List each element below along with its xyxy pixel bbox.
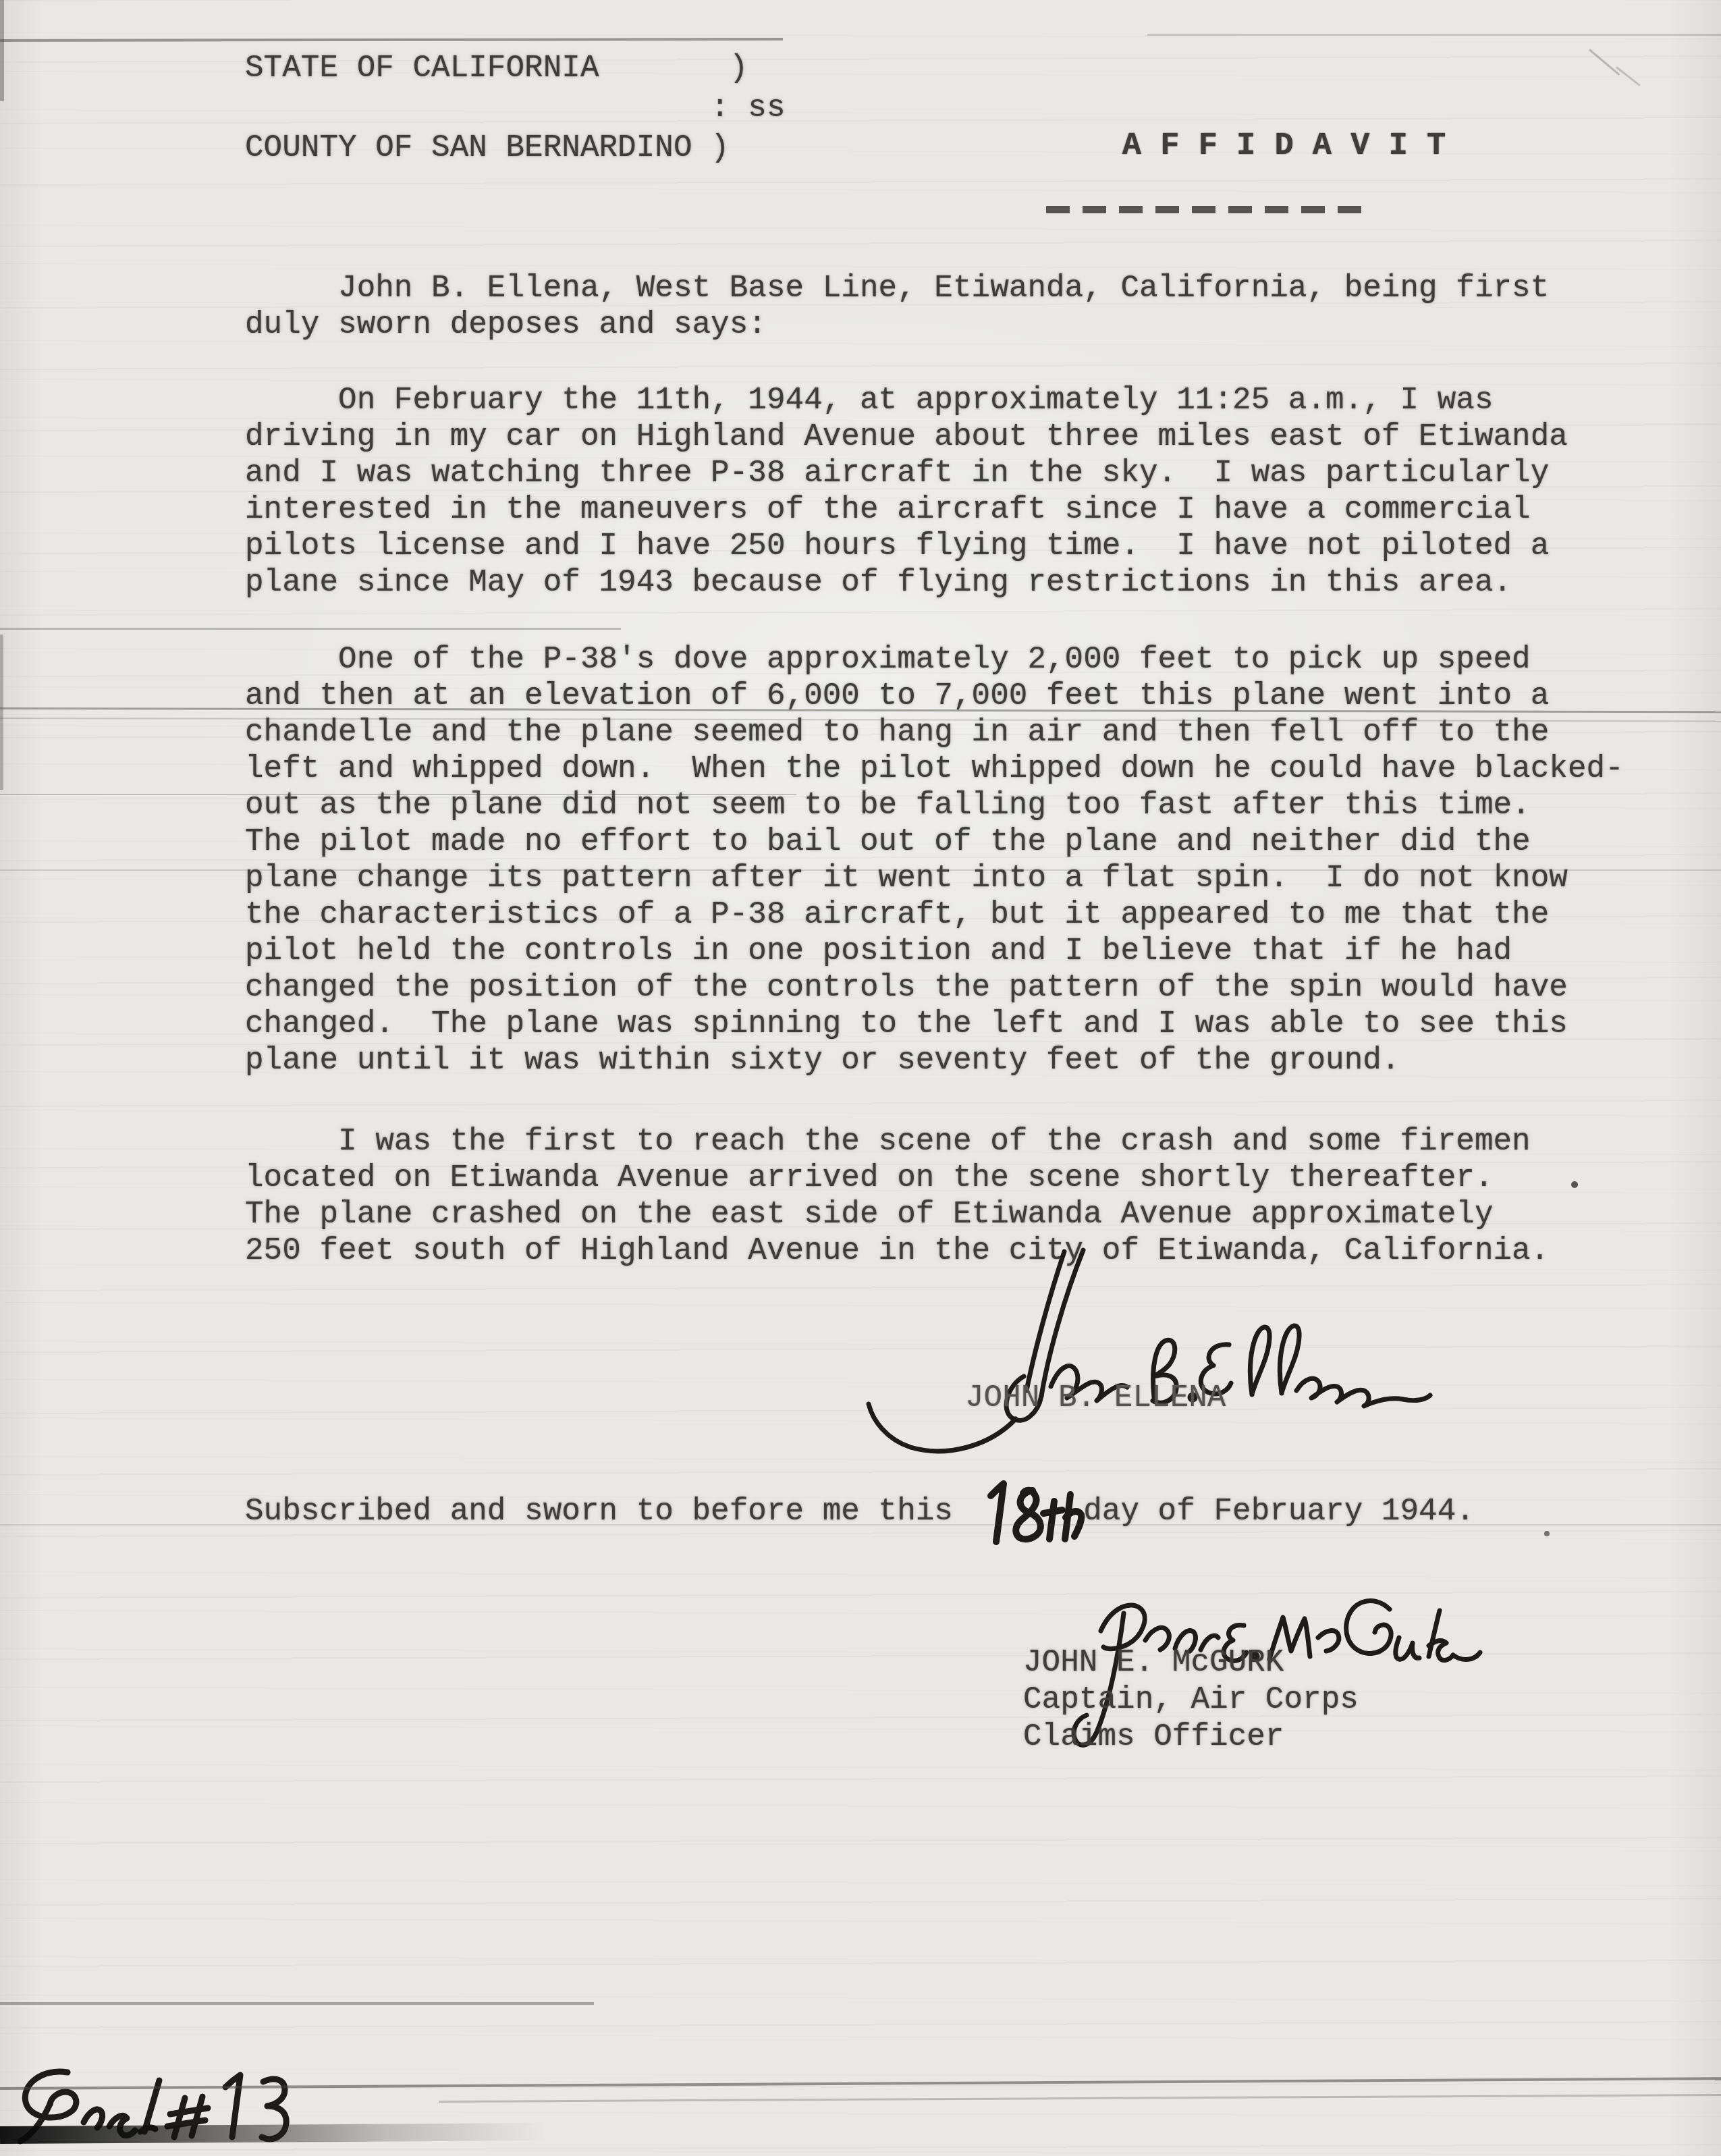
jurat-line: Subscribed and sworn to before me this d…	[245, 1493, 1475, 1530]
paragraph-oath-intro: John B. Ellena, West Base Line, Etiwanda…	[245, 270, 1549, 343]
scanned-affidavit-page: { "document": { "kind": "Scanned typewri…	[0, 0, 1721, 2156]
notary-typed-block: JOHN E. McGURK Captain, Air Corps Claims…	[1023, 1644, 1359, 1756]
paragraph-spin-description: One of the P-38's dove approximately 2,0…	[245, 641, 1624, 1079]
handwritten-day-18th	[966, 1476, 1091, 1558]
scan-artifact-line	[1147, 34, 1721, 36]
scan-artifact-line	[0, 2002, 594, 2005]
document-title: A F F I D A V I T	[1046, 92, 1446, 286]
scan-artifact-line	[0, 38, 783, 42]
legal-caption: STATE OF CALIFORNIA ) : ss COUNTY OF SAN…	[245, 49, 786, 168]
document-title-text: A F F I D A V I T	[1122, 128, 1446, 164]
scan-artifact-line	[0, 628, 621, 630]
title-underline	[1046, 206, 1369, 213]
scan-edge-mark	[0, 0, 4, 101]
stray-ink-dot	[1544, 1531, 1550, 1536]
scan-artifact-line	[439, 2094, 1721, 2103]
paragraph-observation: On February the 11th, 1944, at approxima…	[245, 382, 1568, 601]
witness-typed-name: JOHN B. ELLENA	[965, 1380, 1226, 1416]
scan-artifact-mark	[1589, 49, 1620, 76]
stray-ink-dot	[1571, 1181, 1578, 1188]
scan-edge-mark	[0, 635, 3, 790]
ellena-signature	[847, 1243, 1448, 1461]
affidavit-document: STATE OF CALIFORNIA ) : ss COUNTY OF SAN…	[0, 0, 1721, 2156]
scan-artifact-mark	[1616, 66, 1641, 86]
enclosure-note-handwriting	[1, 2056, 322, 2151]
